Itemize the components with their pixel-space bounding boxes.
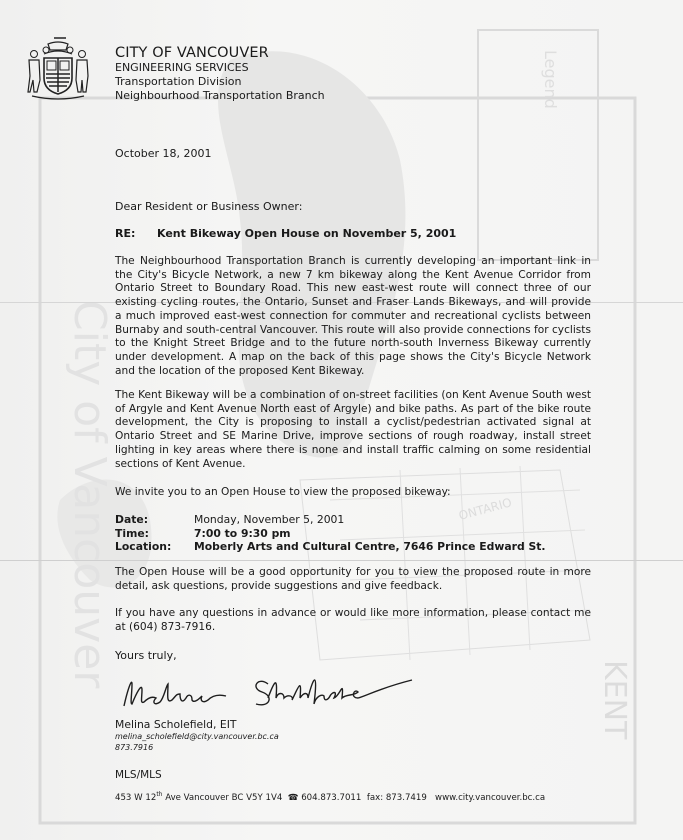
paragraph-invite: We invite you to an Open House to view t… bbox=[115, 486, 591, 500]
event-location-row: Location: Moberly Arts and Cultural Cent… bbox=[115, 540, 545, 554]
event-time-row: Time: 7:00 to 9:30 pm bbox=[115, 527, 545, 541]
time-value: 7:00 to 9:30 pm bbox=[194, 527, 291, 541]
letter-date: October 18, 2001 bbox=[115, 147, 212, 161]
letterhead: CITY OF VANCOUVER ENGINEERING SERVICES T… bbox=[115, 45, 325, 103]
event-details: Date: Monday, November 5, 2001 Time: 7:0… bbox=[115, 513, 545, 554]
telephone-icon: ☎ bbox=[288, 793, 299, 803]
division-name: Transportation Division bbox=[115, 75, 325, 89]
time-label: Time: bbox=[115, 527, 194, 541]
footer-website: www.city.vancouver.bc.ca bbox=[435, 793, 545, 803]
department-name: ENGINEERING SERVICES bbox=[115, 61, 325, 75]
footer-phone: 604.873.7011 bbox=[301, 793, 361, 803]
salutation: Dear Resident or Business Owner: bbox=[115, 200, 302, 214]
signatory-name: Melina Scholefield, EIT bbox=[115, 718, 237, 731]
paper-fold-line bbox=[0, 560, 683, 561]
organization-name: CITY OF VANCOUVER bbox=[115, 45, 325, 61]
event-date-row: Date: Monday, November 5, 2001 bbox=[115, 513, 545, 527]
branch-name: Neighbourhood Transportation Branch bbox=[115, 89, 325, 103]
signatory-email: melina_scholefield@city.vancouver.bc.ca bbox=[115, 732, 279, 741]
re-subject: Kent Bikeway Open House on November 5, 2… bbox=[157, 227, 456, 240]
footer-city: Ave Vancouver BC V5Y 1V4 bbox=[162, 793, 282, 803]
subject-line: RE:Kent Bikeway Open House on November 5… bbox=[115, 227, 456, 241]
footer-street: 453 W 12 bbox=[115, 793, 156, 803]
footer-fax: fax: 873.7419 bbox=[367, 793, 427, 803]
reference-initials: MLS/MLS bbox=[115, 769, 162, 781]
paragraph-details: The Kent Bikeway will be a combination o… bbox=[115, 389, 591, 471]
paragraph-opportunity: The Open House will be a good opportunit… bbox=[115, 566, 591, 593]
handwritten-signature bbox=[118, 668, 418, 720]
paragraph-intro: The Neighbourhood Transportation Branch … bbox=[115, 255, 591, 378]
re-label: RE: bbox=[115, 227, 157, 241]
location-label: Location: bbox=[115, 540, 194, 554]
signatory-phone: 873.7916 bbox=[115, 743, 153, 752]
closing: Yours truly, bbox=[115, 649, 177, 663]
date-value: Monday, November 5, 2001 bbox=[194, 513, 344, 527]
city-crest-logo-icon bbox=[26, 36, 90, 102]
location-value: Moberly Arts and Cultural Centre, 7646 P… bbox=[194, 540, 545, 554]
footer-address: 453 W 12th Ave Vancouver BC V5Y 1V4 ☎ 60… bbox=[115, 791, 545, 803]
date-label: Date: bbox=[115, 513, 194, 527]
paragraph-contact: If you have any questions in advance or … bbox=[115, 607, 591, 634]
